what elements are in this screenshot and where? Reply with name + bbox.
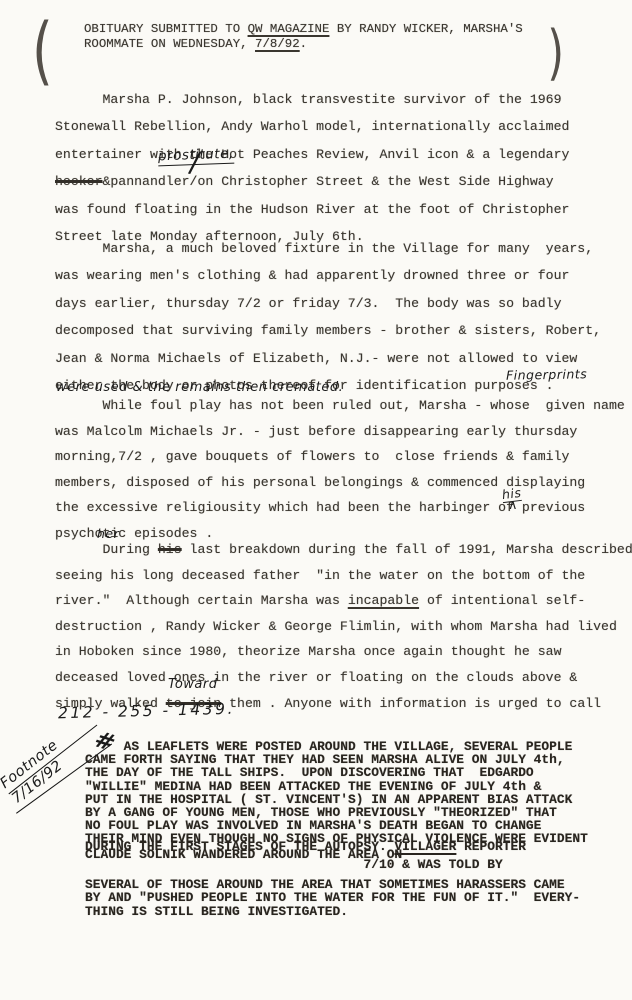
typed-text: on Christopher Street & the West Side Hi…	[197, 174, 553, 189]
typed-text: was wearing men's clothing & had apparen…	[55, 268, 569, 283]
text-line: was wearing men's clothing & had apparen…	[55, 262, 601, 289]
left-paren-mark: (	[32, 8, 53, 94]
text-line: morning,7/2 , gave bouquets of flowers t…	[55, 444, 625, 470]
handwritten-toward-correction: Toward	[168, 677, 217, 692]
text-line: decomposed that surviving family members…	[55, 317, 601, 344]
paragraph-breakdown: During his last breakdown during the fal…	[55, 537, 632, 716]
typed-text: was found floating in the Hudson River a…	[55, 202, 569, 217]
header-text: OBITUARY SUBMITTED TO	[84, 22, 248, 36]
text-line: river." Although certain Marsha was inca…	[55, 588, 632, 614]
typed-text: Stonewall Rebellion, Andy Warhol model, …	[55, 119, 569, 134]
typed-text: was Malcolm Michaels Jr. - just before d…	[55, 424, 577, 439]
typed-text: entertainer with the Hot Peaches Review,…	[55, 147, 569, 162]
text-line: 7/10 & WAS TOLD BY	[85, 858, 588, 871]
magazine-name-underlined: QW MAGAZINE	[248, 22, 330, 36]
struck-text: his	[158, 542, 182, 557]
typed-text: &pannandler/	[102, 174, 197, 189]
typed-text: deceased loved ones in the river or floa…	[55, 670, 577, 685]
underlined-text: VILLAGER	[394, 839, 456, 854]
typed-text: THING IS STILL BEING INVESTIGATED.	[85, 904, 348, 919]
typed-text: river." Although certain Marsha was	[55, 593, 348, 608]
text-line: entertainer with the Hot Peaches Review,…	[55, 141, 569, 168]
typed-text: decomposed that surviving family members…	[55, 323, 601, 338]
typed-text: Marsha P. Johnson, black transvestite su…	[55, 92, 561, 107]
paragraph-foul-play: While foul play has not been ruled out, …	[55, 393, 625, 547]
handwritten-caret-mark: ∧	[508, 498, 518, 513]
submission-date-underlined: 7/8/92	[255, 37, 300, 51]
text-line: hooker&pannandler/on Christopher Street …	[55, 168, 569, 195]
scanned-obituary-page: ( ) OBITUARY SUBMITTED TO QW MAGAZINE BY…	[0, 0, 632, 1000]
typed-text: 7/10 & WAS TOLD BY	[85, 857, 503, 872]
typed-text: last breakdown during the fall of 1991, …	[182, 542, 632, 557]
text-line: Marsha P. Johnson, black transvestite su…	[55, 86, 569, 113]
paragraph-intro: Marsha P. Johnson, black transvestite su…	[55, 86, 569, 250]
underlined-text: incapable	[348, 593, 419, 608]
text-line: was found floating in the Hudson River a…	[55, 196, 569, 223]
typed-text: in Hoboken since 1980, theorize Marsha o…	[55, 644, 561, 659]
text-line: seeing his long deceased father "in the …	[55, 563, 632, 589]
right-paren-mark: )	[547, 18, 564, 88]
header-caption: OBITUARY SUBMITTED TO QW MAGAZINE BY RAN…	[84, 22, 523, 51]
text-line: was Malcolm Michaels Jr. - just before d…	[55, 419, 625, 445]
typed-text: Jean & Norma Michaels of Elizabeth, N.J.…	[55, 351, 577, 366]
typed-text: REPORTER	[456, 839, 526, 854]
text-line: Stonewall Rebellion, Andy Warhol model, …	[55, 113, 569, 140]
typed-text: them . Anyone with information is urged …	[221, 696, 601, 711]
handwritten-fingerprints-note-line2: were used & the remains then cremated.	[56, 380, 343, 395]
typed-text: During	[55, 542, 158, 557]
header-line-2: ROOMMATE ON WEDNESDAY, 7/8/92.	[84, 37, 523, 52]
typed-text: While foul play has not been ruled out, …	[55, 398, 625, 413]
text-line: the excessive religiousity which had bee…	[55, 495, 625, 521]
text-line: Marsha, a much beloved fixture in the Vi…	[55, 235, 601, 262]
struck-text: hooker	[55, 174, 102, 189]
header-line-1: OBITUARY SUBMITTED TO QW MAGAZINE BY RAN…	[84, 22, 523, 37]
text-line: THING IS STILL BEING INVESTIGATED.	[85, 905, 588, 918]
typed-text: days earlier, thursday 7/2 or friday 7/3…	[55, 296, 561, 311]
text-line: members, disposed of his personal belong…	[55, 470, 625, 496]
text-line: days earlier, thursday 7/2 or friday 7/3…	[55, 290, 601, 317]
footnote-block: AS LEAFLETS WERE POSTED AROUND THE VILLA…	[85, 740, 588, 918]
typed-text: seeing his long deceased father "in the …	[55, 568, 585, 583]
typed-text: destruction , Randy Wicker & George Flim…	[55, 619, 617, 634]
typed-text: Marsha, a much beloved fixture in the Vi…	[55, 241, 593, 256]
text-line: While foul play has not been ruled out, …	[55, 393, 625, 419]
handwritten-her-correction: her	[97, 526, 119, 541]
text-line: During his last breakdown during the fal…	[55, 537, 632, 563]
header-text: ROOMMATE ON WEDNESDAY,	[84, 37, 255, 51]
typed-text: of intentional self-	[419, 593, 585, 608]
text-line: deceased loved ones in the river or floa…	[55, 665, 632, 691]
typed-text: morning,7/2 , gave bouquets of flowers t…	[55, 449, 569, 464]
text-line: in Hoboken since 1980, theorize Marsha o…	[55, 639, 632, 665]
handwritten-fingerprints-note-line1: Fingerprints	[506, 366, 587, 382]
text-line: destruction , Randy Wicker & George Flim…	[55, 614, 632, 640]
header-text: BY RANDY WICKER, MARSHA'S	[329, 22, 522, 36]
header-text: .	[300, 37, 307, 51]
